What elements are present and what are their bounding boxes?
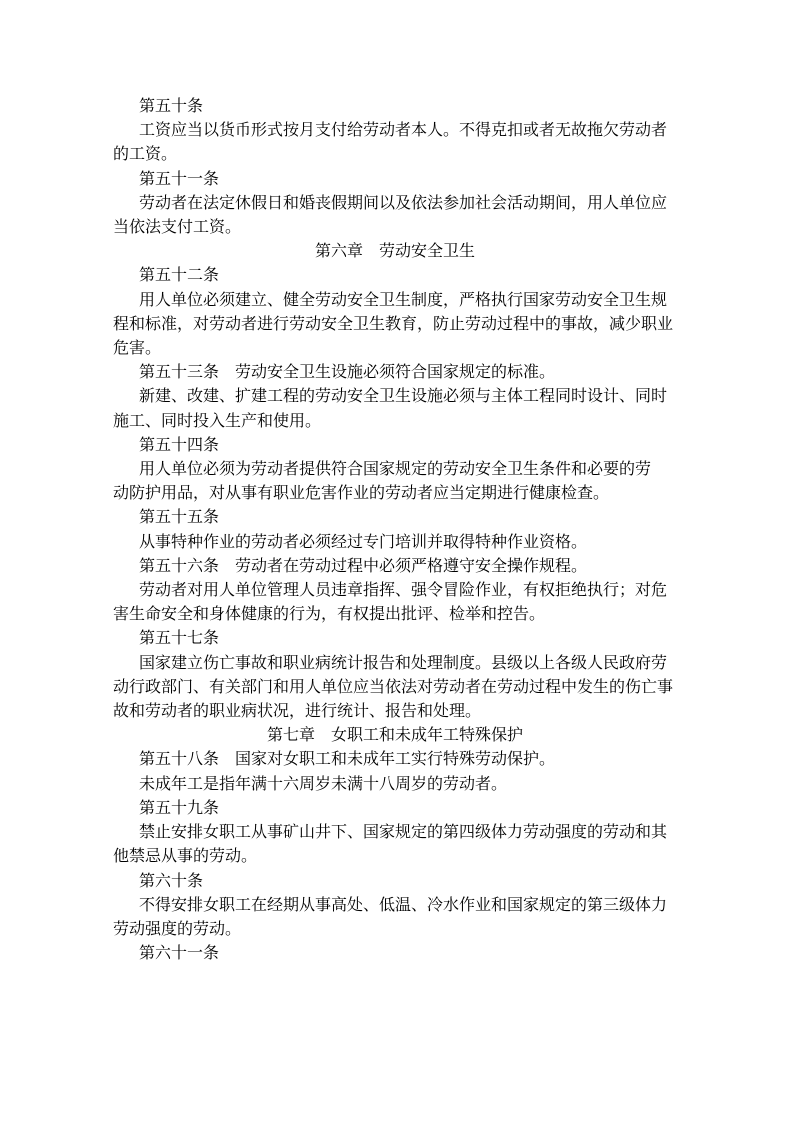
document-line: 的工资。	[113, 143, 677, 167]
document-line: 第五十九条	[113, 797, 677, 821]
document-line: 禁止安排女职工从事矿山井下、国家规定的第四级体力劳动强度的劳动和其	[113, 821, 677, 845]
document-line: 他禁忌从事的劳动。	[113, 845, 677, 869]
document-line: 不得安排女职工在经期从事高处、低温、冷水作业和国家规定的第三级体力	[113, 894, 677, 918]
document-body: 第五十条工资应当以货币形式按月支付给劳动者本人。不得克扣或者无故拖欠劳动者的工资…	[113, 95, 677, 966]
document-line: 用人单位必须建立、健全劳动安全卫生制度，严格执行国家劳动安全卫生规	[113, 289, 677, 313]
document-line: 工资应当以货币形式按月支付给劳动者本人。不得克扣或者无故拖欠劳动者	[113, 119, 677, 143]
document-line: 危害。	[113, 337, 677, 361]
document-line: 程和标准，对劳动者进行劳动安全卫生教育，防止劳动过程中的事故，减少职业	[113, 313, 677, 337]
document-line: 劳动者对用人单位管理人员违章指挥、强令冒险作业，有权拒绝执行；对危	[113, 579, 677, 603]
document-page: 第五十条工资应当以货币形式按月支付给劳动者本人。不得克扣或者无故拖欠劳动者的工资…	[0, 0, 793, 1122]
document-line: 用人单位必须为劳动者提供符合国家规定的劳动安全卫生条件和必要的劳	[113, 458, 677, 482]
document-line: 当依法支付工资。	[113, 216, 677, 240]
chapter-heading: 第六章 劳动安全卫生	[113, 240, 677, 264]
document-line: 未成年工是指年满十六周岁未满十八周岁的劳动者。	[113, 773, 677, 797]
document-line: 动防护用品，对从事有职业危害作业的劳动者应当定期进行健康检查。	[113, 482, 677, 506]
document-line: 从事特种作业的劳动者必须经过专门培训并取得特种作业资格。	[113, 531, 677, 555]
document-line: 第五十七条	[113, 627, 677, 651]
document-line: 动行政部门、有关部门和用人单位应当依法对劳动者在劳动过程中发生的伤亡事	[113, 676, 677, 700]
document-line: 国家建立伤亡事故和职业病统计报告和处理制度。县级以上各级人民政府劳	[113, 652, 677, 676]
document-line: 第五十八条 国家对女职工和未成年工实行特殊劳动保护。	[113, 748, 677, 772]
document-line: 第五十六条 劳动者在劳动过程中必须严格遵守安全操作规程。	[113, 555, 677, 579]
document-line: 第五十五条	[113, 506, 677, 530]
document-line: 第五十一条	[113, 168, 677, 192]
document-line: 劳动强度的劳动。	[113, 918, 677, 942]
document-line: 新建、改建、扩建工程的劳动安全卫生设施必须与主体工程同时设计、同时	[113, 385, 677, 409]
document-line: 第五十四条	[113, 434, 677, 458]
document-line: 劳动者在法定休假日和婚丧假期间以及依法参加社会活动期间，用人单位应	[113, 192, 677, 216]
document-line: 害生命安全和身体健康的行为，有权提出批评、检举和控告。	[113, 603, 677, 627]
document-line: 第五十二条	[113, 264, 677, 288]
document-line: 第六十条	[113, 870, 677, 894]
document-line: 故和劳动者的职业病状况，进行统计、报告和处理。	[113, 700, 677, 724]
page-background: { "page": { "background_color": "#ffffff…	[0, 0, 793, 1122]
document-line: 第六十一条	[113, 942, 677, 966]
document-line: 第五十三条 劳动安全卫生设施必须符合国家规定的标准。	[113, 361, 677, 385]
chapter-heading: 第七章 女职工和未成年工特殊保护	[113, 724, 677, 748]
document-line: 第五十条	[113, 95, 677, 119]
document-line: 施工、同时投入生产和使用。	[113, 410, 677, 434]
